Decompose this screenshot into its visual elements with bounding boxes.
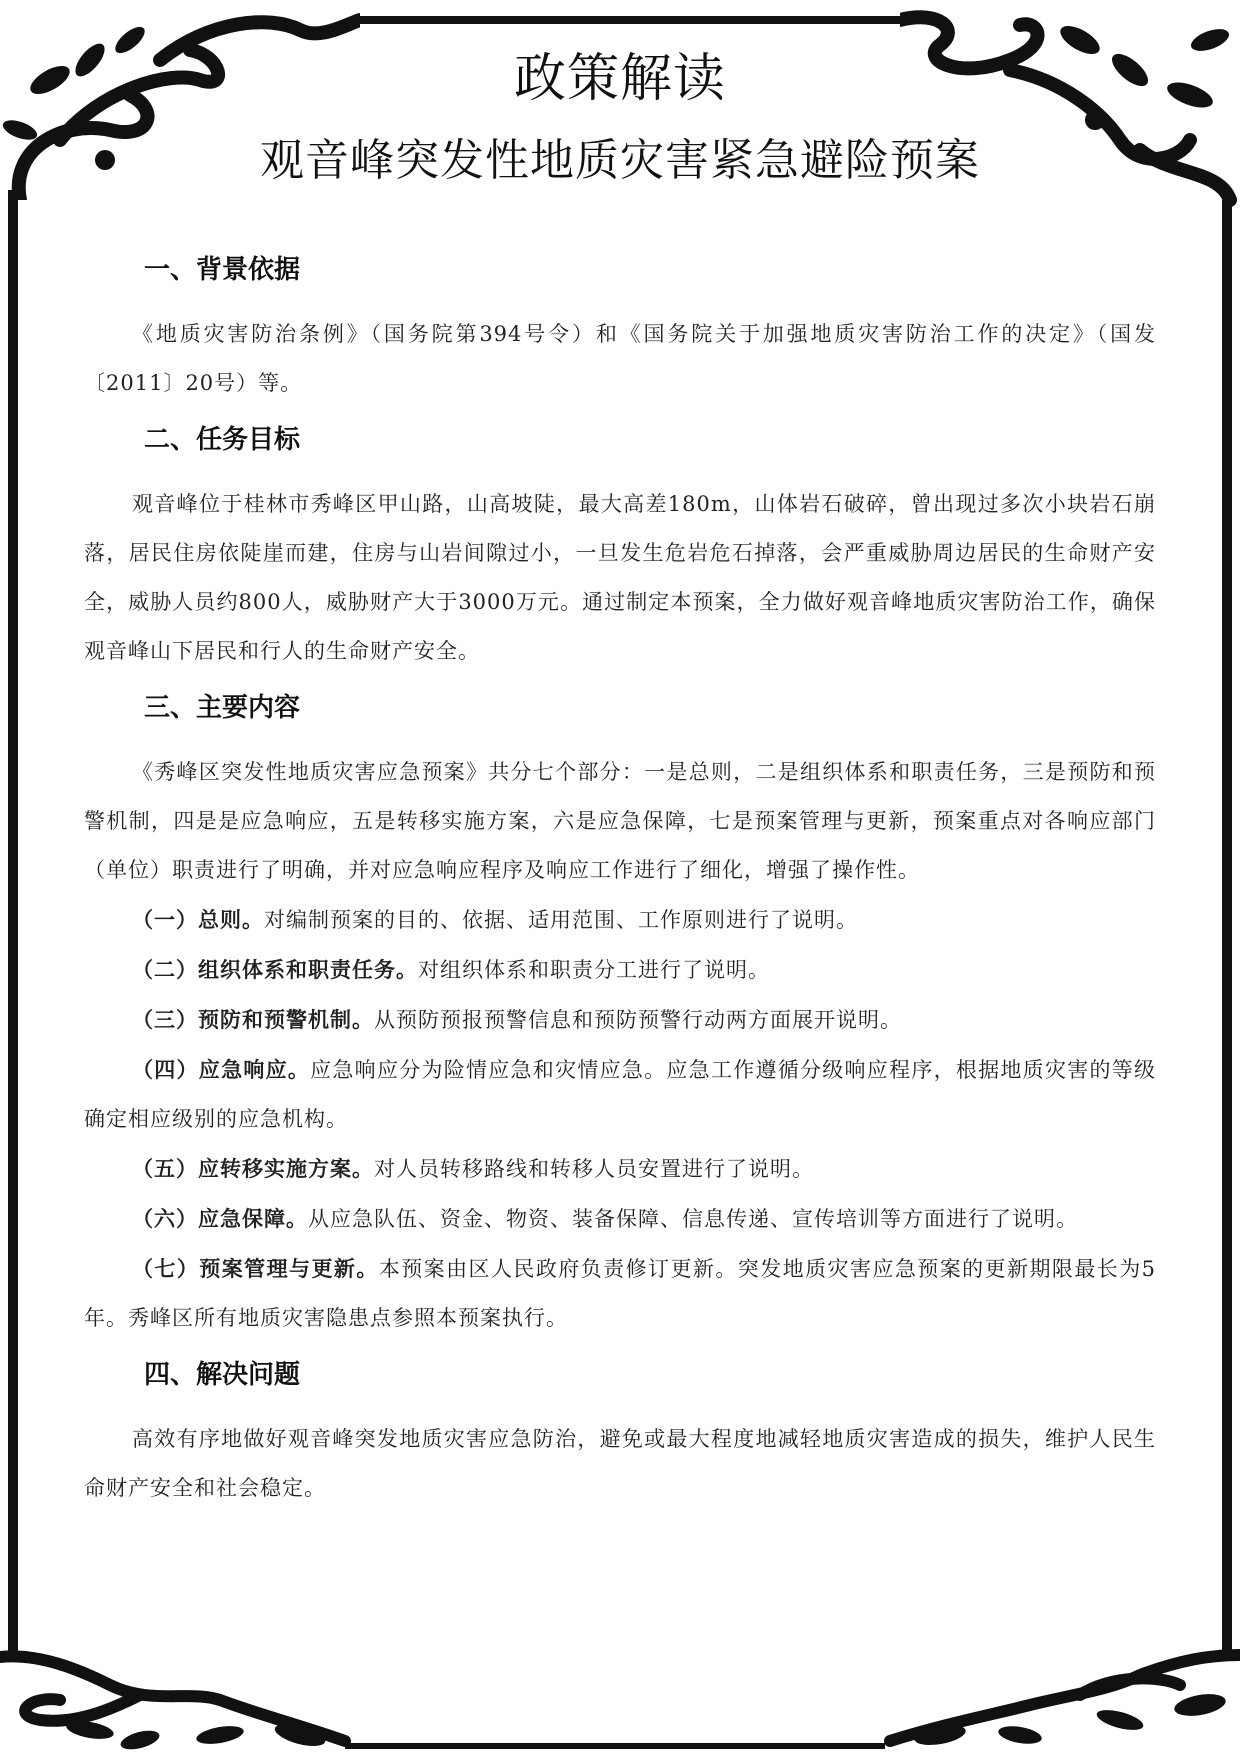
- list-item: （五）应转移实施方案。对人员转移路线和转移人员安置进行了说明。: [84, 1144, 1156, 1194]
- list-item-text: 对编制预案的目的、依据、适用范围、工作原则进行了说明。: [264, 908, 858, 932]
- list-item-label: （二）组织体系和职责任务。: [132, 957, 418, 982]
- list-item: （七）预案管理与更新。本预案由区人民政府负责修订更新。突发地质灾害应急预案的更新…: [84, 1244, 1156, 1343]
- section-paragraph: 高效有序地做好观音峰突发地质灾害应急防治，避免或最大程度地减轻地质灾害造成的损失…: [84, 1415, 1156, 1513]
- list-item: （三）预防和预警机制。从预防预报预警信息和预防预警行动两方面展开说明。: [84, 995, 1156, 1045]
- frame-left-line: [8, 190, 18, 1660]
- list-item-text: 对组织体系和职责分工进行了说明。: [418, 958, 770, 982]
- section-heading-goals: 二、任务目标: [144, 422, 1156, 458]
- list-item-label: （一）总则。: [132, 907, 264, 932]
- ornament-bottom-right-icon: [880, 1645, 1240, 1753]
- list-item-label: （三）预防和预警机制。: [132, 1007, 374, 1032]
- list-item: （一）总则。对编制预案的目的、依据、适用范围、工作原则进行了说明。: [84, 895, 1156, 945]
- list-item-label: （四）应急响应。: [132, 1057, 310, 1082]
- section-paragraph: 《秀峰区突发性地质灾害应急预案》共分七个部分：一是总则，二是组织体系和职责任务，…: [84, 748, 1156, 895]
- page-subtitle: 观音峰突发性地质灾害紧急避险预案: [0, 124, 1240, 188]
- section-paragraph: 观音峰位于桂林市秀峰区甲山路，山高坡陡，最大高差180m，山体岩石破碎，曾出现过…: [84, 480, 1156, 676]
- frame-bottom-line: [345, 1743, 885, 1749]
- ornament-bottom-left-icon: [0, 1645, 360, 1753]
- section-heading-problems-solved: 四、解决问题: [144, 1357, 1156, 1393]
- list-item-text: 对人员转移路线和转移人员安置进行了说明。: [374, 1157, 814, 1181]
- section-heading-main-content: 三、主要内容: [144, 690, 1156, 726]
- list-item-label: （七）预案管理与更新。: [132, 1256, 379, 1281]
- frame-right-line: [1222, 200, 1232, 1660]
- page-title: 政策解读: [0, 36, 1240, 111]
- list-item-label: （六）应急保障。: [132, 1206, 308, 1231]
- list-item: （四）应急响应。应急响应分为险情应急和灾情应急。应急工作遵循分级响应程序，根据地…: [84, 1045, 1156, 1144]
- document-body: 一、背景依据 《地质灾害防治条例》（国务院第394号令）和《国务院关于加强地质灾…: [84, 252, 1156, 1513]
- frame-top-line: [355, 16, 905, 24]
- list-item-label: （五）应转移实施方案。: [132, 1156, 374, 1181]
- section-paragraph: 《地质灾害防治条例》（国务院第394号令）和《国务院关于加强地质灾害防治工作的决…: [84, 310, 1156, 408]
- list-item-text: 从预防预报预警信息和预防预警行动两方面展开说明。: [374, 1008, 902, 1032]
- list-item-text: 从应急队伍、资金、物资、装备保障、信息传递、宣传培训等方面进行了说明。: [308, 1207, 1078, 1231]
- list-item: （二）组织体系和职责任务。对组织体系和职责分工进行了说明。: [84, 945, 1156, 995]
- section-heading-background: 一、背景依据: [144, 252, 1156, 288]
- list-item: （六）应急保障。从应急队伍、资金、物资、装备保障、信息传递、宣传培训等方面进行了…: [84, 1194, 1156, 1244]
